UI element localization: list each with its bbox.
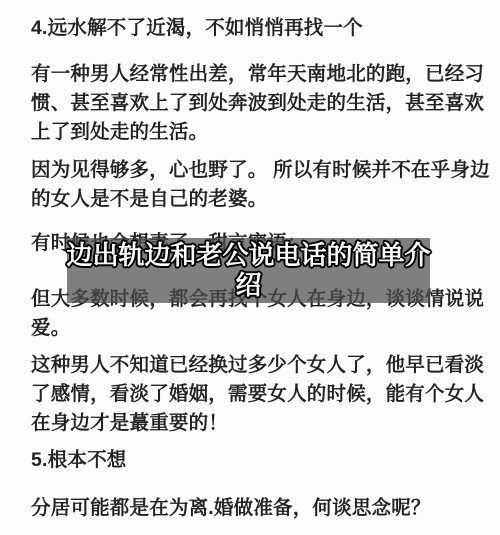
text-line: 爱。 [31,314,479,343]
text-line: 这种男人不知道已经换过多少个女人了，他早已看淡 [31,351,479,380]
paragraph-wild-heart: 因为见得够多，心也野了。 所以有时候并不在乎身边 的女人是不是自己的老婆。 [31,156,479,214]
paragraph-separation: 分居可能都是在为离.婚做准备，何谈思念呢？ [31,494,479,523]
heading-text: 4.远水解不了近渴，不如悄悄再找一个 [31,14,479,43]
text-line: 在身边才是蕞重要的！ [31,409,479,438]
banner-title-line-1: 边出轨边和老公说电话的简单介 [67,240,431,270]
section-heading-5: 5.根本不想 [31,446,479,475]
paragraph-travel-husband: 有一种男人经常性出差，常年天南地北的跑，已经习 惯、甚至喜欢上了到处奔波到处走的… [31,60,479,147]
banner-title-line-2: 绍 [235,270,261,300]
text-line: 因为见得够多，心也野了。 所以有时候并不在乎身边 [31,156,479,185]
title-banner-overlay: 边出轨边和老公说电话的简单介 绍 [67,238,430,303]
text-line: 惯、甚至喜欢上了到处奔波到处走的生活，甚至喜欢 [31,89,479,118]
text-line: 上了到处走的生活。 [31,118,479,147]
section-heading-4: 4.远水解不了近渴，不如悄悄再找一个 [31,14,479,43]
text-line: 有一种男人经常性出差，常年天南地北的跑，已经习 [31,60,479,89]
paragraph-indifferent-man: 这种男人不知道已经换过多少个女人了，他早已看淡 了感情，看淡了婚姻，需要女人的时… [31,351,479,438]
text-line: 了感情，看淡了婚姻，需要女人的时候，能有个女人 [31,380,479,409]
text-line: 分居可能都是在为离.婚做准备，何谈思念呢？ [31,494,479,523]
text-line: 的女人是不是自己的老婆。 [31,185,479,214]
heading-text: 5.根本不想 [31,446,479,475]
